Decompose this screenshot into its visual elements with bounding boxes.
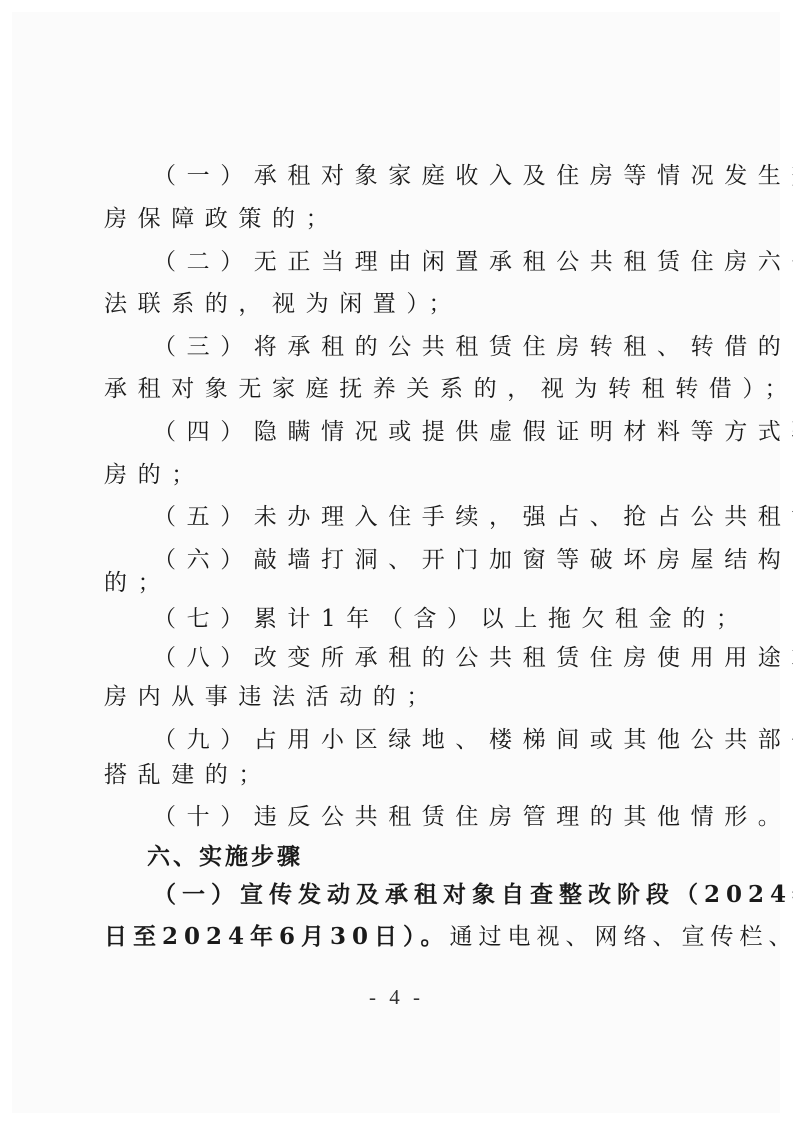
item-3-line-2: 承租对象无家庭抚养关系的，视为转租转借）；	[104, 374, 704, 404]
item-4-line-1: （四）隐瞒情况或提供虚假证明材料等方式骗取公共租赁住	[153, 417, 753, 447]
item-7-line-1: （七）累计1年（含）以上拖欠租金的；	[153, 604, 753, 634]
item-3-line-1: （三）将承租的公共租赁住房转租、转借的（实际居住人与	[153, 332, 753, 362]
subsection-body-text: 通过电视、网络、宣传栏、官网等多	[450, 924, 793, 950]
item-1-line-1: （一）承租对象家庭收入及住房等情况发生变化不再符合住	[153, 161, 753, 191]
item-2-line-2: 法联系的，视为闲置）；	[104, 289, 704, 319]
item-1-line-2: 房保障政策的；	[104, 204, 704, 234]
subsection-date-range: 日至2024年6月30日）。	[104, 923, 450, 950]
item-6-line-2: 的；	[104, 568, 704, 598]
section-heading: 六、实施步骤	[147, 842, 747, 872]
item-4-line-2: 房的；	[104, 460, 704, 490]
subsection-line-1: （一）宣传发动及承租对象自查整改阶段（2024年6月20	[153, 880, 753, 910]
item-5-line-1: （五）未办理入住手续，强占、抢占公共租赁住房的；	[153, 502, 753, 532]
item-8-line-1: （八）改变所承租的公共租赁住房使用用途或在公共租赁住	[153, 643, 753, 673]
page-number: - 4 -	[0, 985, 793, 1010]
subsection-line-2: 日至2024年6月30日）。通过电视、网络、宣传栏、官网等多	[104, 922, 704, 952]
item-9-line-2: 搭乱建的；	[104, 760, 704, 790]
item-2-line-1: （二）无正当理由闲置承租公共租赁住房六个月以上的（无	[153, 247, 753, 277]
item-10-line-1: （十）违反公共租赁住房管理的其他情形。	[153, 802, 753, 832]
item-8-line-2: 房内从事违法活动的；	[104, 682, 704, 712]
item-9-line-1: （九）占用小区绿地、楼梯间或其他公共部位乱停乱放、乱	[153, 725, 753, 755]
